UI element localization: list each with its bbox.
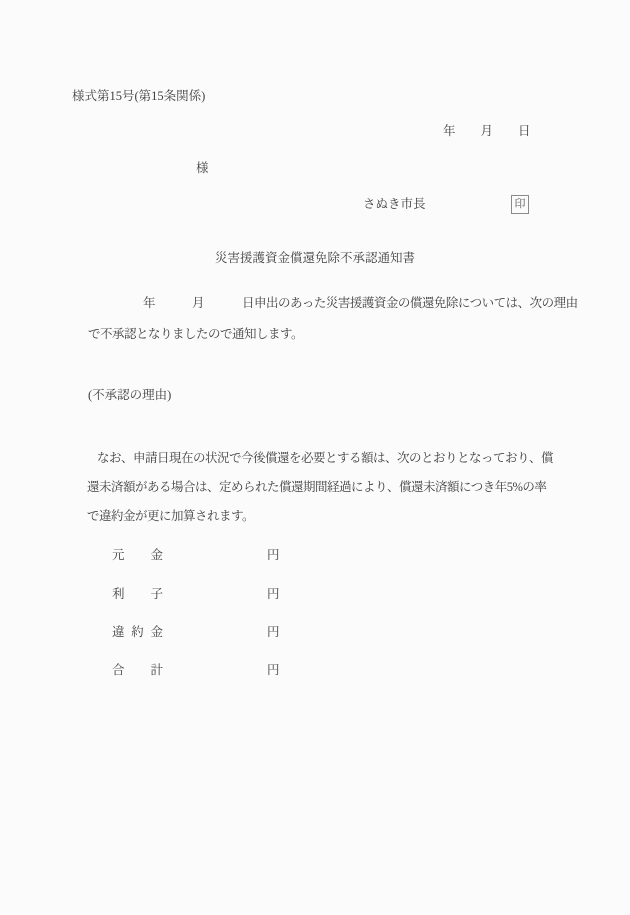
amount-label-principal: 元金 bbox=[112, 548, 163, 563]
note-line1: なお、申請日現在の状況で今後償還を必要とする額は、次のとおりとなっており、償 bbox=[97, 451, 553, 466]
amount-unit-penalty: 円 bbox=[267, 625, 280, 640]
note-line2: 還未済額がある場合は、定められた償還期間経過により、償還未済額につき年5%の率 bbox=[87, 480, 546, 495]
issue-date-blank: 年 月 日 bbox=[443, 124, 531, 139]
form-number: 様式第15号(第15条関係) bbox=[72, 89, 205, 104]
rejection-reason-heading: (不承認の理由) bbox=[88, 388, 171, 403]
addressee-honorific: 様 bbox=[196, 161, 209, 176]
amount-label-penalty: 違約金 bbox=[112, 625, 163, 640]
sender-title: さぬき市長 bbox=[363, 197, 426, 212]
document-page: 様式第15号(第15条関係) 年 月 日 様 さぬき市長 印 災害援護資金償還免… bbox=[0, 0, 630, 915]
document-title: 災害援護資金償還免除不承認通知書 bbox=[0, 251, 630, 266]
amount-label-total: 合計 bbox=[112, 663, 163, 678]
notification-date-month-label: 月 bbox=[192, 296, 205, 311]
notification-line2: で不承認となりましたので通知します。 bbox=[88, 327, 303, 342]
note-line3: で違約金が更に加算されます。 bbox=[87, 509, 254, 524]
amount-label-interest: 利子 bbox=[112, 587, 163, 602]
seal-icon: 印 bbox=[515, 199, 526, 210]
amount-unit-total: 円 bbox=[267, 663, 280, 678]
notification-line1: 日申出のあった災害援護資金の償還免除については、次の理由 bbox=[242, 296, 578, 311]
amount-unit-principal: 円 bbox=[267, 548, 280, 563]
amount-unit-interest: 円 bbox=[267, 587, 280, 602]
seal-box: 印 bbox=[511, 195, 529, 214]
notification-date-year-label: 年 bbox=[143, 296, 156, 311]
